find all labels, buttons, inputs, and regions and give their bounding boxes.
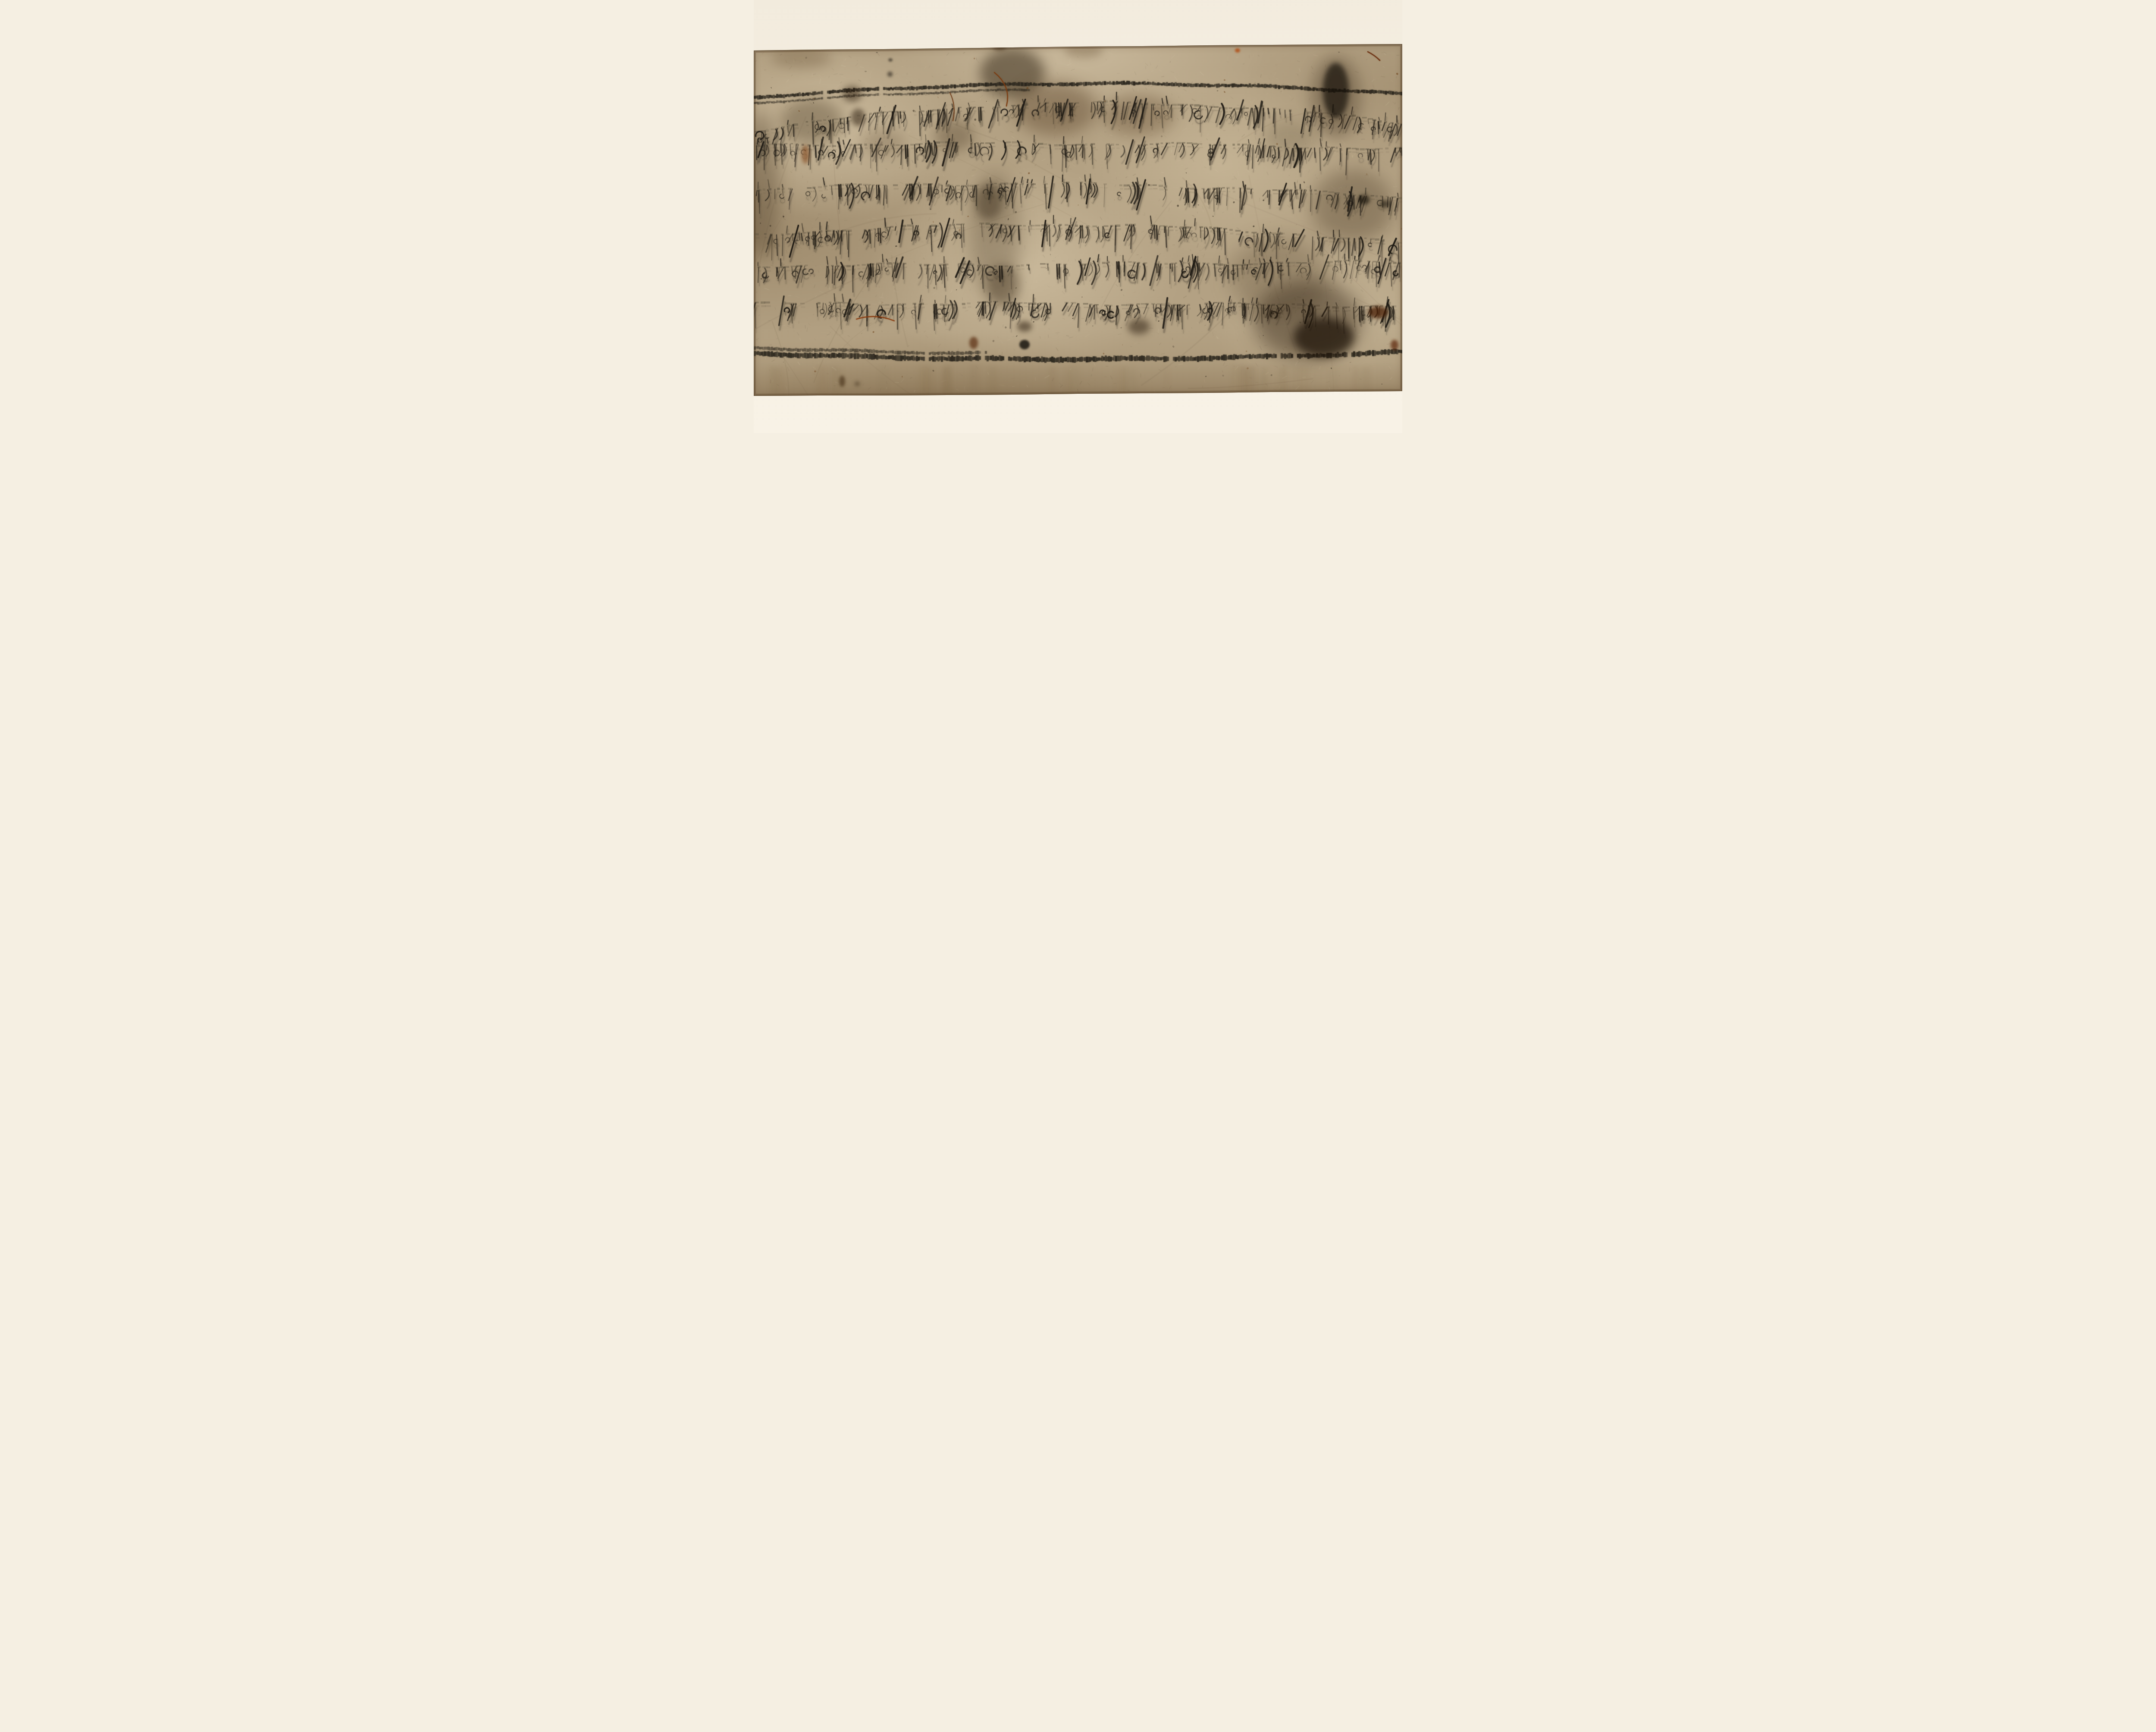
manuscript-photograph	[754, 0, 1402, 433]
ink-and-stain-layer	[754, 0, 1402, 433]
